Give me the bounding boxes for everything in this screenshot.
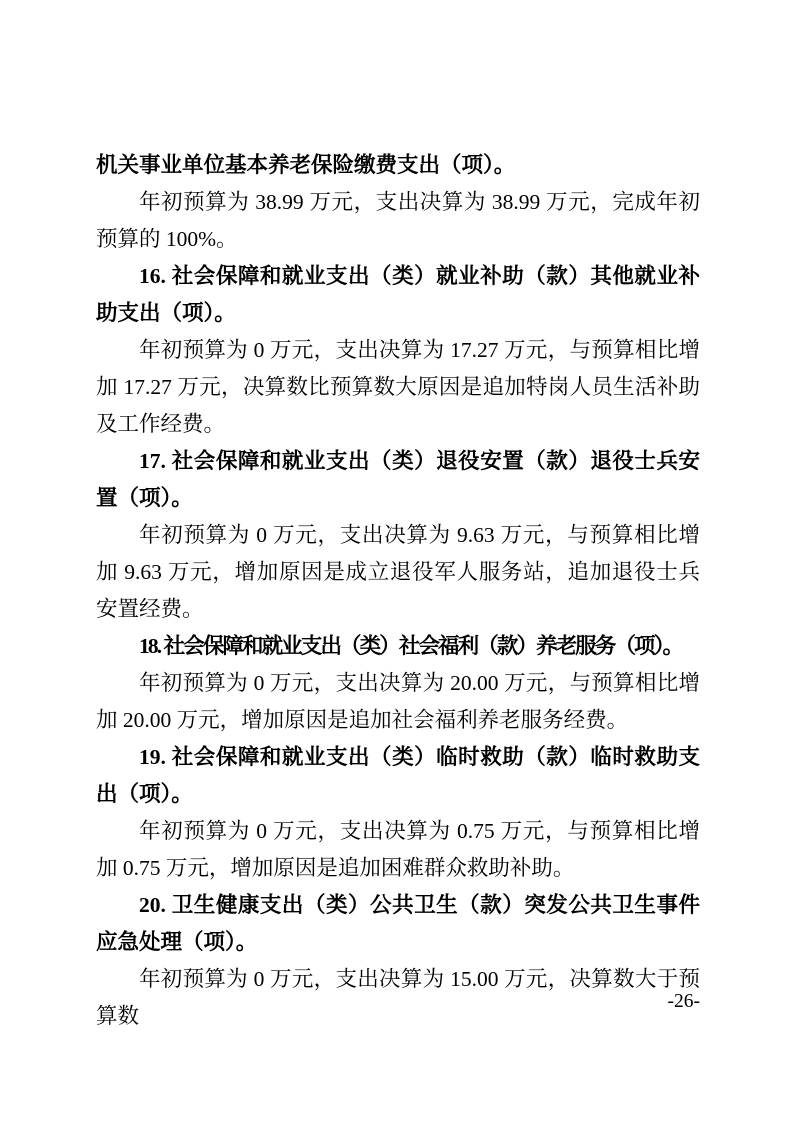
section-heading: 17. 社会保障和就业支出（类）退役安置（款）退役士兵安置（项）。 [96, 443, 700, 517]
section-heading: 16. 社会保障和就业支出（类）就业补助（款）其他就业补助支出（项）。 [96, 258, 700, 332]
paragraph: 年初预算为 0 万元，支出决算为 17.27 万元，与预算相比增加 17.27 … [96, 332, 700, 443]
document-body: 机关事业单位基本养老保险缴费支出（项）。年初预算为 38.99 万元，支出决算为… [96, 147, 700, 1035]
paragraph: 年初预算为 0 万元，支出决算为 0.75 万元，与预算相比增加 0.75 万元… [96, 813, 700, 887]
document-page: 机关事业单位基本养老保险缴费支出（项）。年初预算为 38.99 万元，支出决算为… [0, 0, 793, 1122]
section-heading: 20. 卫生健康支出（类）公共卫生（款）突发公共卫生事件应急处理（项）。 [96, 887, 700, 961]
page-number: -26- [668, 988, 701, 1016]
section-heading: 机关事业单位基本养老保险缴费支出（项）。 [96, 147, 700, 184]
paragraph: 年初预算为 0 万元，支出决算为 9.63 万元，与预算相比增加 9.63 万元… [96, 517, 700, 628]
paragraph: 年初预算为 38.99 万元，支出决算为 38.99 万元，完成年初预算的 10… [96, 184, 700, 258]
paragraph: 年初预算为 0 万元，支出决算为 15.00 万元，决算数大于预算数 [96, 961, 700, 1035]
paragraph: 年初预算为 0 万元，支出决算为 20.00 万元，与预算相比增加 20.00 … [96, 665, 700, 739]
section-heading: 18. 社会保障和就业支出（类）社会福利（款）养老服务（项）。 [96, 628, 700, 665]
section-heading: 19. 社会保障和就业支出（类）临时救助（款）临时救助支出（项）。 [96, 739, 700, 813]
